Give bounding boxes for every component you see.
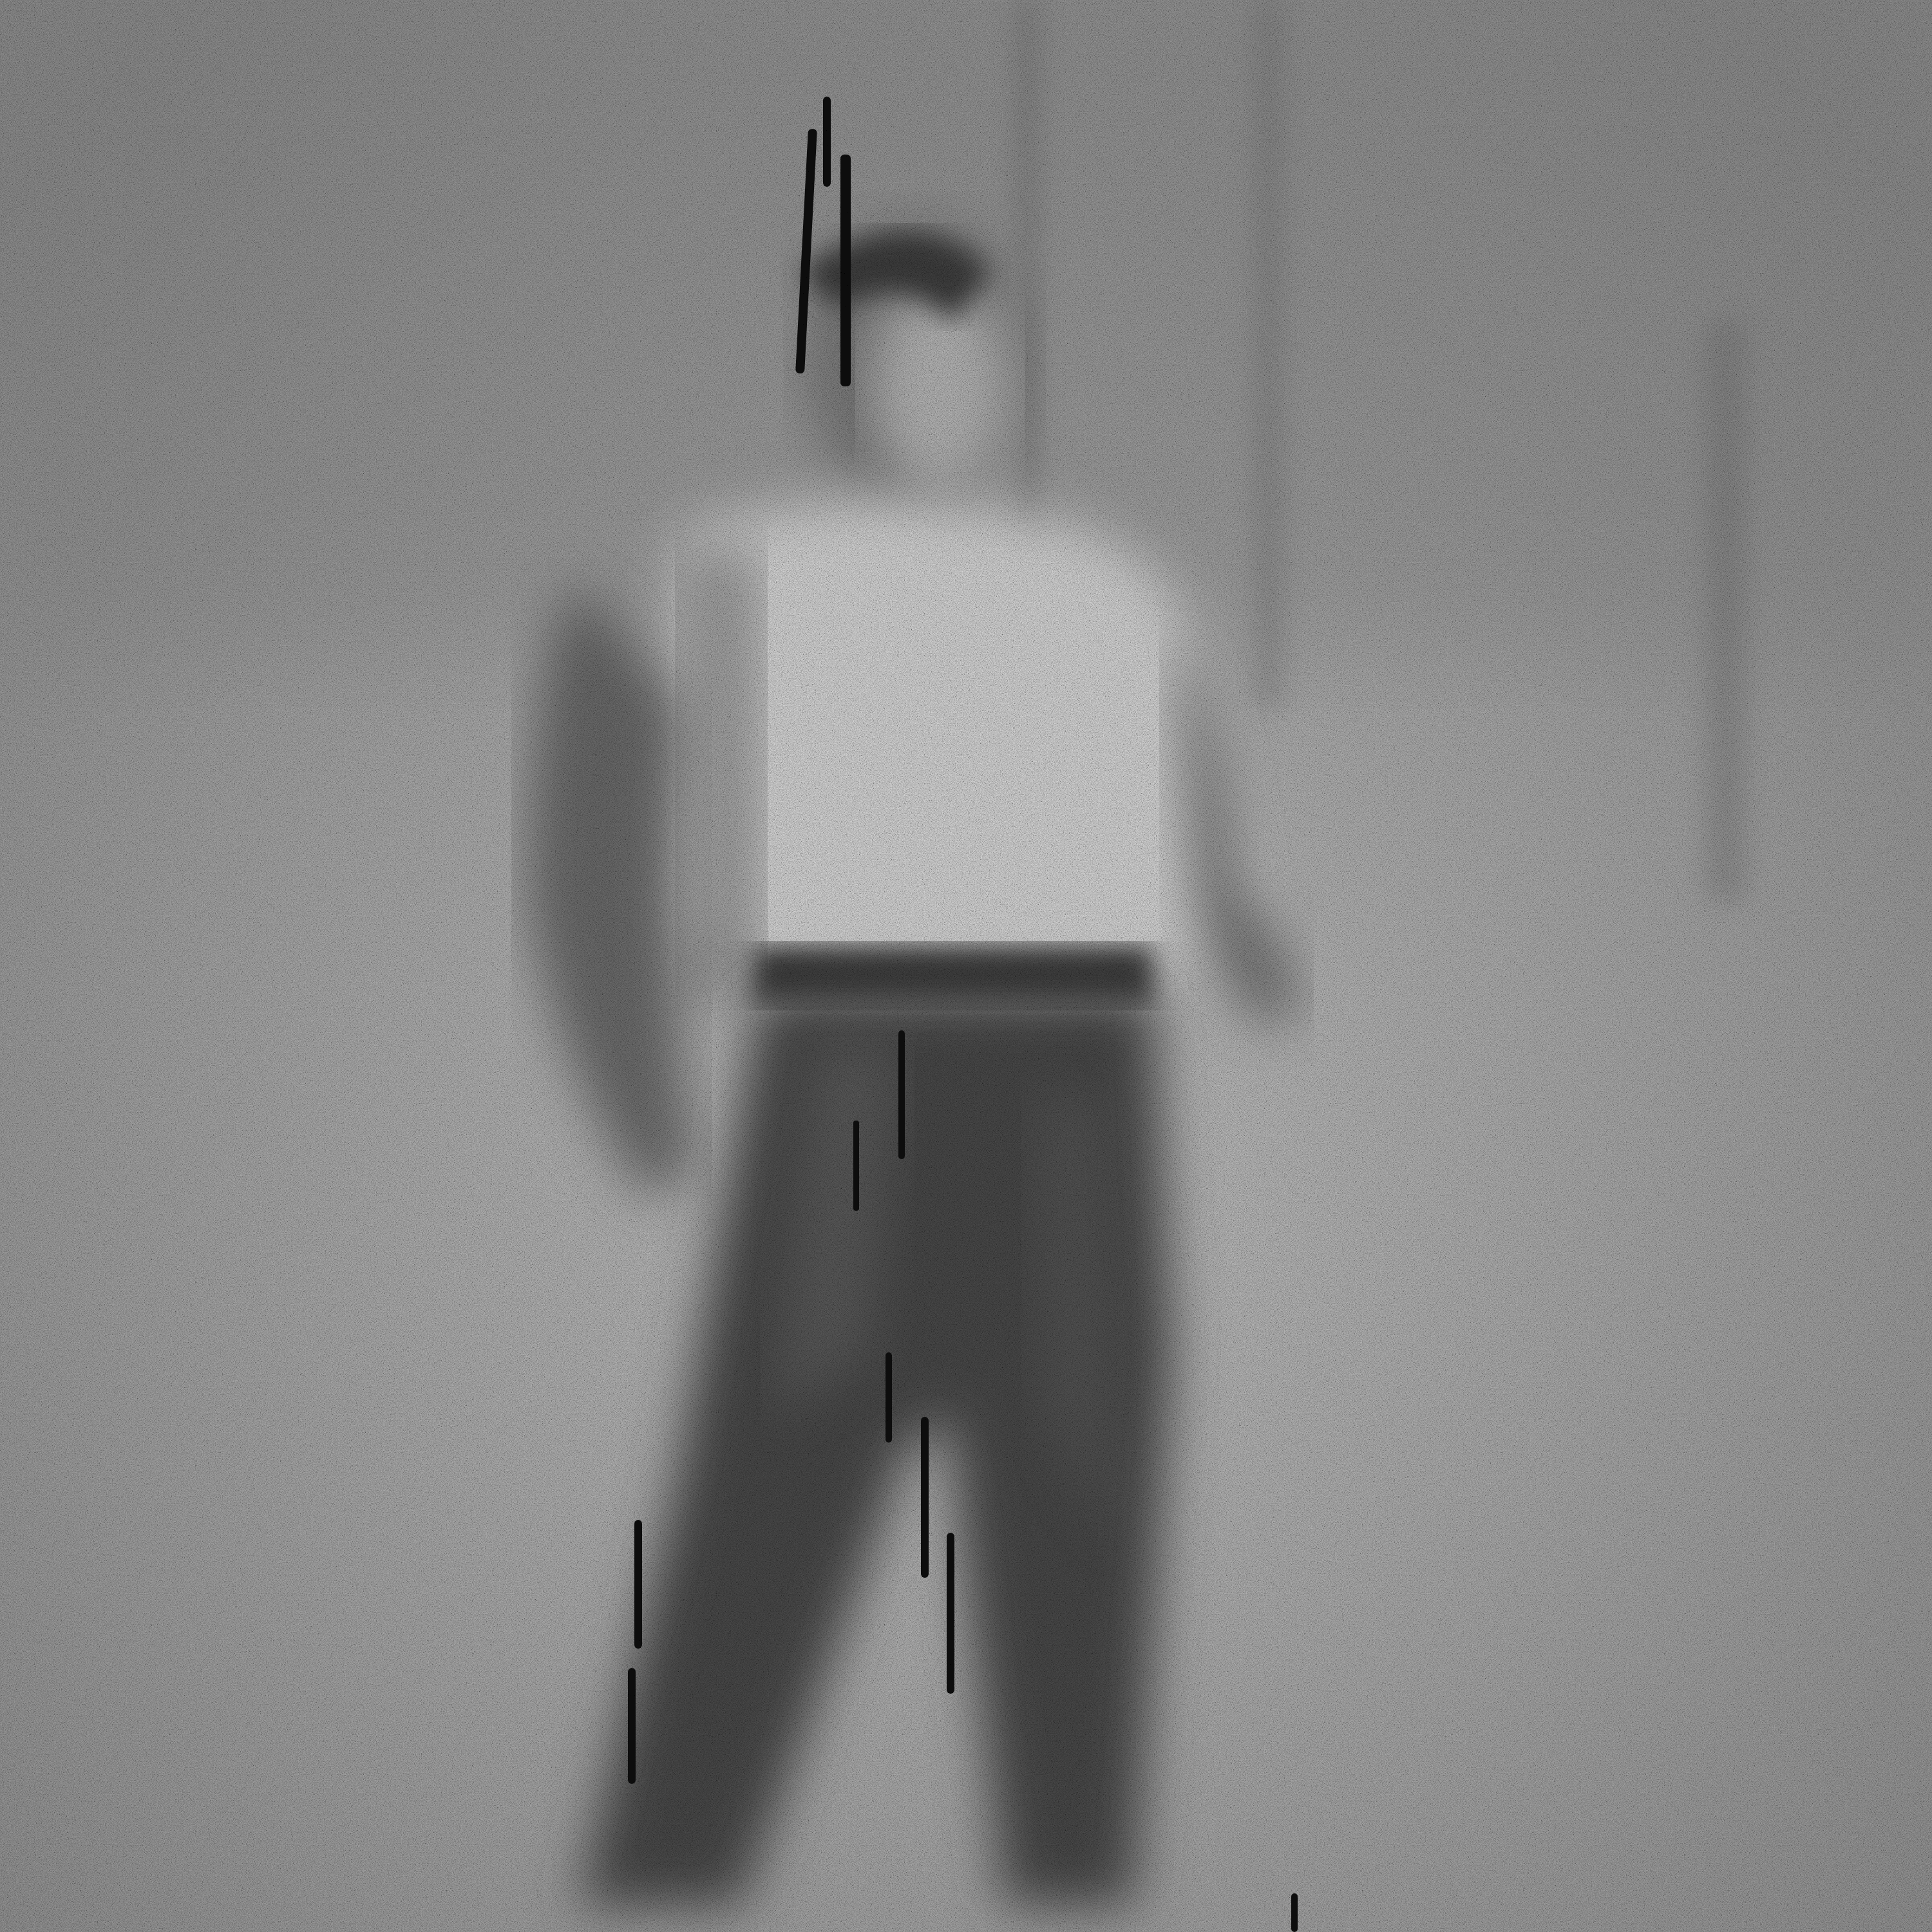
artwork-canvas	[0, 0, 1932, 1932]
